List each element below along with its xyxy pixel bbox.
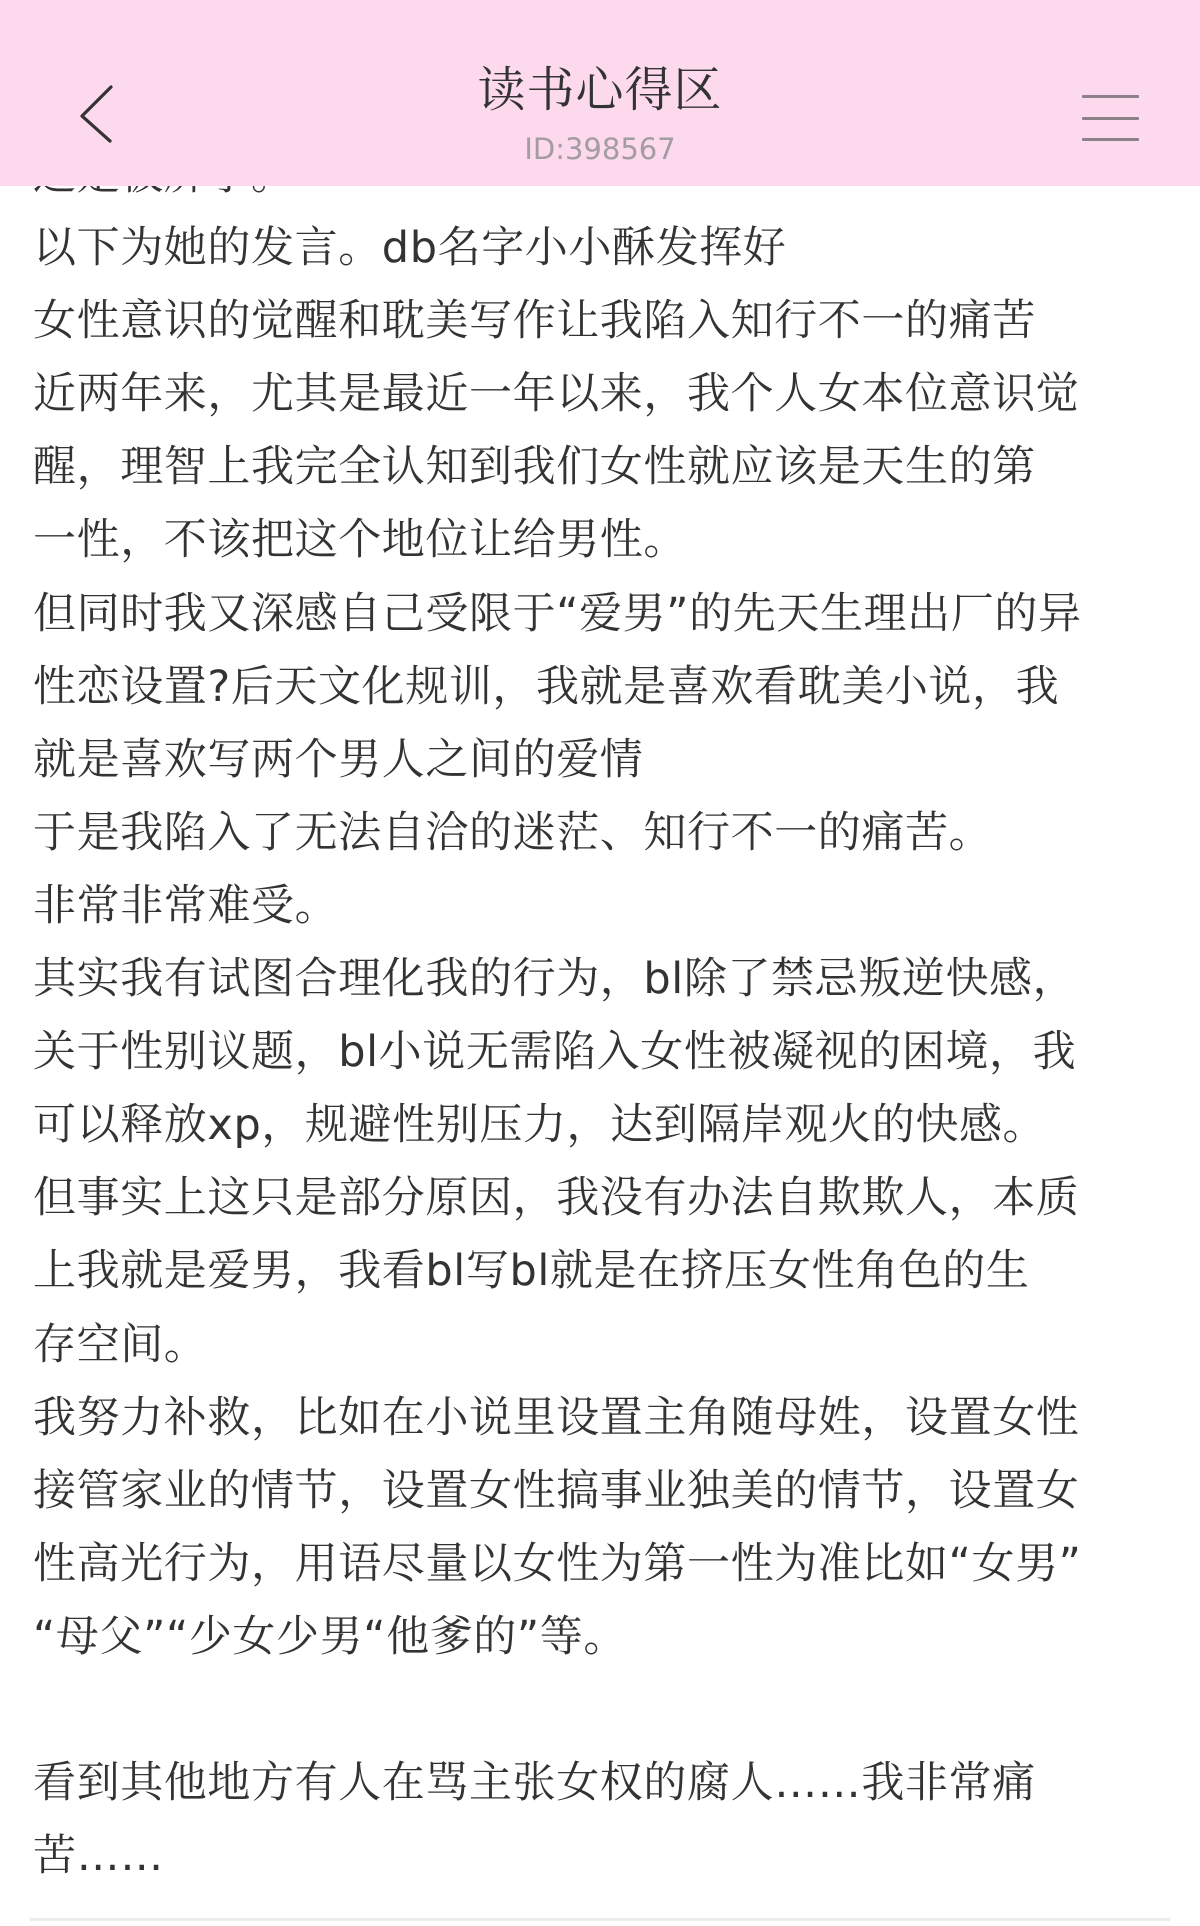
divider — [30, 1918, 1170, 1921]
post-line: 其实我有试图合理化我的行为，bl除了禁忌叛逆快感， — [33, 943, 1173, 1016]
post-line: 性恋设置?后天文化规训，我就是喜欢看耽美小说，我 — [33, 651, 1173, 724]
menu-button[interactable] — [1072, 80, 1148, 156]
post-line: 以下为她的发言。db名字小小酥发挥好 — [33, 212, 1173, 285]
post-line: 可以释放xp，规避性别压力，达到隔岸观火的快感。 — [33, 1089, 1173, 1162]
post-line: 性高光行为，用语尽量以女性为第一性为准比如“女男” — [33, 1528, 1173, 1601]
post-line: 接管家业的情节，设置女性搞事业独美的情节，设置女 — [33, 1455, 1173, 1528]
post-line: 但同时我又深感自己受限于“爱男”的先天生理出厂的异 — [33, 578, 1173, 651]
post-line: 存空间。 — [33, 1309, 1173, 1382]
post-line: 我努力补救，比如在小说里设置主角随母姓，设置女性 — [33, 1382, 1173, 1455]
post-line-blank — [33, 1674, 1173, 1747]
post-line: 上我就是爱男，我看bl写bl就是在挤压女性角色的生 — [33, 1235, 1173, 1308]
top-nav-bar: 读书心得区 ID:398567 — [0, 0, 1200, 186]
post-line: 但事实上这只是部分原因，我没有办法自欺欺人，本质 — [33, 1162, 1173, 1235]
post-line: 于是我陷入了无法自洽的迷茫、知行不一的痛苦。 — [33, 797, 1173, 870]
post-line: 看到其他地方有人在骂主张女权的腐人……我非常痛 — [33, 1747, 1173, 1820]
post-line: 女性意识的觉醒和耽美写作让我陷入知行不一的痛苦 — [33, 285, 1173, 358]
page-title: 读书心得区 — [0, 62, 1200, 118]
group-id: ID:398567 — [0, 132, 1200, 166]
post-line: 关于性别议题，bl小说无需陷入女性被凝视的困境，我 — [33, 1016, 1173, 1089]
post-line: “母父”“少女少男“他爹的”等。 — [33, 1601, 1173, 1674]
post-line: 就是喜欢写两个男人之间的爱情 — [33, 724, 1173, 797]
post-body: 还是被屏了。 以下为她的发言。db名字小小酥发挥好 女性意识的觉醒和耽美写作让我… — [33, 139, 1173, 1893]
post-line: 一性，不该把这个地位让给男性。 — [33, 504, 1173, 577]
post-line: 醒，理智上我完全认知到我们女性就应该是天生的第 — [33, 431, 1173, 504]
post-line: 非常非常难受。 — [33, 870, 1173, 943]
post-line: 近两年来，尤其是最近一年以来，我个人女本位意识觉 — [33, 358, 1173, 431]
post-line: 苦…… — [33, 1820, 1173, 1893]
